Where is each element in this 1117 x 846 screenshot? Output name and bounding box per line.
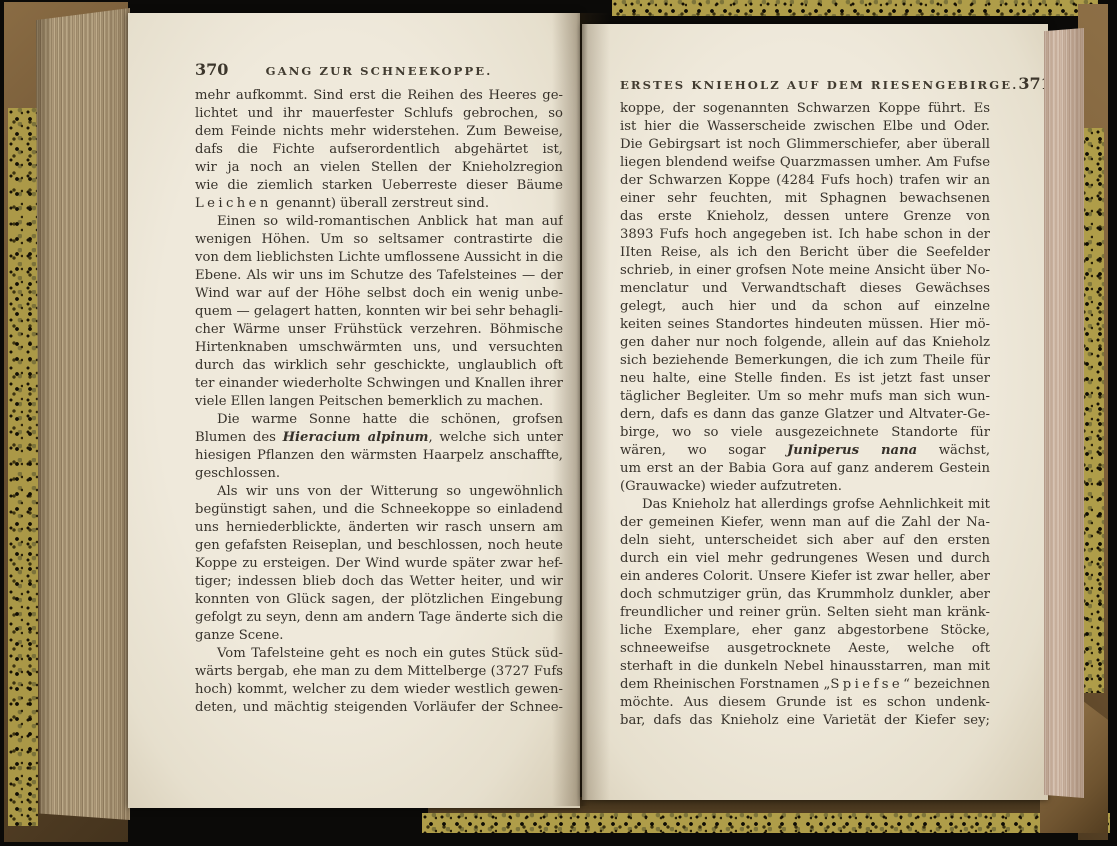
text-line: möchte. Aus diesem Grunde ist es schon u… bbox=[620, 694, 990, 712]
text-segment: begünstigt sahen, und die Schneekoppe so… bbox=[195, 502, 563, 519]
text-line: (Grauwacke) wieder aufzutreten. bbox=[620, 478, 990, 496]
text-segment: von dem lieblichsten Lichte umflossene A… bbox=[195, 250, 563, 265]
right-running-header-title: ERSTES KNIEHOLZ AUF DEM RIESENGEBIRGE. bbox=[620, 78, 1018, 92]
text-segment: hoch) kommt, welcher zu dem wieder westl… bbox=[195, 682, 563, 697]
text-segment: Die warme Sonne hatte die schönen, grofs… bbox=[217, 412, 563, 429]
text-segment: Als wir uns von der Witterung so ungewöh… bbox=[217, 484, 563, 499]
text-segment: wärts bergab, ehe man zu dem Mittelberge… bbox=[195, 664, 563, 679]
text-line: viele Ellen langen Peitschen bemerklich … bbox=[195, 393, 563, 411]
text-segment: um erst an der Babia Gora auf ganz ander… bbox=[620, 461, 990, 476]
text-line: Ebene. Als wir uns im Schutze des Tafels… bbox=[195, 267, 563, 285]
text-line: Die warme Sonne hatte die schönen, grofs… bbox=[195, 411, 563, 429]
text-segment: IIten Reise, als ich den Bericht über di… bbox=[620, 245, 990, 260]
text-line: einer sehr feuchten, mit Sphagnen bewach… bbox=[620, 190, 990, 208]
text-line: liche Exemplare, eher ganz abgestorbene … bbox=[620, 622, 990, 640]
text-line: mehr aufkommt. Sind erst die Reihen des … bbox=[195, 87, 563, 105]
text-segment: liche Exemplare, eher ganz abgestorbene … bbox=[620, 623, 990, 640]
text-line: ist hier die Wasserscheide zwischen Elbe… bbox=[620, 118, 990, 136]
text-segment: wenigen Höhen. Um so seltsamer contrasti… bbox=[195, 232, 563, 249]
text-line: ter einander wiederholte Schwingen und K… bbox=[195, 375, 563, 393]
text-line: neu halte, eine Stelle finden. Es ist je… bbox=[620, 370, 990, 388]
text-segment: viele Ellen langen Peitschen bemerklich … bbox=[195, 394, 543, 409]
text-line: durch das wirklich sehr geschickte, ungl… bbox=[195, 357, 563, 375]
text-segment: der Schwarzen Koppe (4284 Fufs hoch) tra… bbox=[620, 173, 990, 188]
text-segment: lichtet und ihr mauerfester Schlufs gebr… bbox=[195, 106, 563, 123]
text-line: wir ja noch an vielen Stellen der Knieho… bbox=[195, 159, 563, 177]
text-line: Hirtenknaben umschwärmten uns, und versu… bbox=[195, 339, 563, 357]
text-line: täglicher Begleiter. Um so mehr mufs man… bbox=[620, 388, 990, 406]
text-segment: hiesigen Pflanzen den wärmsten Haarpelz … bbox=[195, 448, 563, 465]
text-segment: neu halte, eine Stelle finden. Es ist je… bbox=[620, 371, 990, 386]
text-segment: doch schmutziger grün, das Krummholz dun… bbox=[620, 587, 990, 602]
text-segment: dem Feinde nichts mehr widerstehen. Zum … bbox=[195, 124, 563, 139]
text-segment: mehr aufkommt. Sind erst die Reihen des … bbox=[195, 88, 563, 103]
text-segment: Die Gebirgsart ist noch Glimmerschiefer,… bbox=[620, 137, 990, 152]
text-segment: durch das wirklich sehr geschickte, ungl… bbox=[195, 358, 563, 375]
text-segment: tiger; indessen blieb doch das Wetter he… bbox=[195, 574, 563, 589]
top-cover-edge bbox=[612, 0, 1098, 16]
text-segment: keiten seines Standortes hindeuten müsse… bbox=[620, 317, 990, 332]
text-line: das erste Knieholz, dessen untere Grenze… bbox=[620, 208, 990, 226]
text-line: dem Rheinischen Forstnamen „Spiefse“ bez… bbox=[620, 676, 990, 694]
text-line: gen daher nur noch folgende, allein auf … bbox=[620, 334, 990, 352]
text-segment: dern, dafs es dann das ganze Glatzer und… bbox=[620, 407, 990, 422]
text-segment: der gemeinen Kiefer, wenn man auf die Za… bbox=[620, 515, 990, 530]
text-segment: ter einander wiederholte Schwingen und K… bbox=[195, 376, 563, 391]
text-segment: deten, und mächtig steigenden Vorläufer … bbox=[195, 700, 563, 715]
text-segment: menclatur und Verwandtschaft dieses Gewä… bbox=[620, 281, 990, 298]
text-segment: täglicher Begleiter. Um so mehr mufs man… bbox=[620, 389, 990, 404]
text-segment: dafs die Fichte aufserordentlich abgehär… bbox=[195, 142, 563, 159]
text-line: durch ein viel mehr gedrungenes Wesen un… bbox=[620, 550, 990, 568]
text-segment: wie die ziemlich starken Ueberreste dies… bbox=[195, 178, 563, 195]
text-line: der Schwarzen Koppe (4284 Fufs hoch) tra… bbox=[620, 172, 990, 190]
right-page-stack-edge bbox=[1044, 28, 1084, 798]
text-segment: Vom Tafelsteine geht es noch ein gutes S… bbox=[217, 646, 563, 661]
text-line: Wind war auf der Höhe selbst doch ein we… bbox=[195, 285, 563, 303]
text-segment: koppe, der sogenannten Schwarzen Koppe f… bbox=[620, 101, 990, 116]
text-line: wie die ziemlich starken Ueberreste dies… bbox=[195, 177, 563, 195]
text-segment: 3893 Fufs hoch angegeben ist. Ich habe s… bbox=[620, 227, 990, 242]
text-line: geschlossen. bbox=[195, 465, 563, 483]
text-segment: Koppe zu ersteigen. Der Wind wurde späte… bbox=[195, 556, 563, 571]
text-line: begünstigt sahen, und die Schneekoppe so… bbox=[195, 501, 563, 519]
left-page-text: mehr aufkommt. Sind erst die Reihen des … bbox=[195, 87, 563, 717]
text-segment: schrieb, in einer grofsen Note meine Ans… bbox=[620, 263, 990, 278]
text-segment: (Grauwacke) wieder aufzutreten. bbox=[620, 479, 842, 494]
text-line: keiten seines Standortes hindeuten müsse… bbox=[620, 316, 990, 334]
text-line: konnten von Glück sagen, der plötzlichen… bbox=[195, 591, 563, 609]
text-segment-em: Juniperus nana bbox=[787, 443, 917, 458]
text-segment: ganze Scene. bbox=[195, 628, 283, 643]
text-line: gelegt, auch hier und da schon auf einze… bbox=[620, 298, 990, 316]
left-marbled-paper bbox=[8, 108, 38, 826]
text-segment: bar, dafs das Knieholz eine Varietät der… bbox=[620, 713, 990, 728]
left-page-number: 370 bbox=[195, 60, 239, 79]
text-line: wenigen Höhen. Um so seltsamer contrasti… bbox=[195, 231, 563, 249]
text-line: Leichen genannt) überall zerstreut sind. bbox=[195, 195, 563, 213]
text-segment: “ bezeichnen bbox=[903, 677, 990, 692]
text-line: hiesigen Pflanzen den wärmsten Haarpelz … bbox=[195, 447, 563, 465]
text-segment: quem — gelagert hatten, konnten wir bei … bbox=[195, 304, 563, 319]
text-segment: genannt) überall zerstreut sind. bbox=[272, 196, 489, 211]
text-line: liegen blendend weifse Quarzmassen umher… bbox=[620, 154, 990, 172]
text-segment: gefolgt zu seyn, denn am andern Tage änd… bbox=[195, 610, 563, 625]
right-running-head: ERSTES KNIEHOLZ AUF DEM RIESENGEBIRGE. 3… bbox=[620, 74, 990, 93]
text-line: gefolgt zu seyn, denn am andern Tage änd… bbox=[195, 609, 563, 627]
text-line: gen gefafsten Reiseplan, und beschlossen… bbox=[195, 537, 563, 555]
text-segment: schneeweifse ausgetrocknete Aeste, welch… bbox=[620, 641, 990, 658]
text-segment: möchte. Aus diesem Grunde ist es schon u… bbox=[620, 695, 990, 710]
text-line: der gemeinen Kiefer, wenn man auf die Za… bbox=[620, 514, 990, 532]
text-segment-em: Hieracium alpinum bbox=[283, 430, 429, 445]
text-line: dafs die Fichte aufserordentlich abgehär… bbox=[195, 141, 563, 159]
text-line: sterhaft in die dunkeln Nebel hinausstar… bbox=[620, 658, 990, 676]
text-line: IIten Reise, als ich den Bericht über di… bbox=[620, 244, 990, 262]
text-segment: uns herniederblickte, änderten wir rasch… bbox=[195, 520, 563, 537]
text-segment: wären, wo sogar bbox=[620, 443, 787, 458]
text-line: cher Wärme unser Frühstück verzehren. Bö… bbox=[195, 321, 563, 339]
text-line: birge, wo so viele ausgezeichnete Stando… bbox=[620, 424, 990, 442]
text-segment: einer sehr feuchten, mit Sphagnen bewach… bbox=[620, 191, 990, 208]
text-segment: cher Wärme unser Frühstück verzehren. Bö… bbox=[195, 322, 563, 337]
text-line: Als wir uns von der Witterung so ungewöh… bbox=[195, 483, 563, 501]
book-photo: 370 GANG ZUR SCHNEEKOPPE. mehr aufkommt.… bbox=[0, 0, 1117, 846]
text-segment: ein anderes Colorit. Unsere Kiefer ist z… bbox=[620, 569, 990, 584]
text-line: Die Gebirgsart ist noch Glimmerschiefer,… bbox=[620, 136, 990, 154]
text-line: von dem lieblichsten Lichte umflossene A… bbox=[195, 249, 563, 267]
text-line: wären, wo sogar Juniperus nana wächst, ü… bbox=[620, 442, 990, 460]
left-page: 370 GANG ZUR SCHNEEKOPPE. mehr aufkommt.… bbox=[128, 13, 580, 808]
text-segment: dem Rheinischen Forstnamen „ bbox=[620, 677, 830, 692]
text-segment: liegen blendend weifse Quarzmassen umher… bbox=[620, 155, 990, 170]
text-segment-sp: Leichen bbox=[195, 196, 272, 211]
text-segment: sich beziehende Bemerkungen, die ich zum… bbox=[620, 353, 990, 368]
text-line: 3893 Fufs hoch angegeben ist. Ich habe s… bbox=[620, 226, 990, 244]
text-segment: konnten von Glück sagen, der plötzlichen… bbox=[195, 592, 563, 607]
text-segment: durch ein viel mehr gedrungenes Wesen un… bbox=[620, 551, 990, 566]
text-line: Blumen des Hieracium alpinum, welche sic… bbox=[195, 429, 563, 447]
text-line: deln sieht, unterscheidet sich aber auf … bbox=[620, 532, 990, 550]
text-line: uns herniederblickte, änderten wir rasch… bbox=[195, 519, 563, 537]
text-line: dem Feinde nichts mehr widerstehen. Zum … bbox=[195, 123, 563, 141]
text-line: Vom Tafelsteine geht es noch ein gutes S… bbox=[195, 645, 563, 663]
text-segment: Wind war auf der Höhe selbst doch ein we… bbox=[195, 286, 563, 301]
text-line: ganze Scene. bbox=[195, 627, 563, 645]
text-line: quem — gelagert hatten, konnten wir bei … bbox=[195, 303, 563, 321]
text-line: schrieb, in einer grofsen Note meine Ans… bbox=[620, 262, 990, 280]
text-segment-sp: Spiefse bbox=[830, 677, 903, 692]
text-line: wärts bergab, ehe man zu dem Mittelberge… bbox=[195, 663, 563, 681]
text-line: bar, dafs das Knieholz eine Varietät der… bbox=[620, 712, 990, 730]
text-line: Einen so wild-romantischen Anblick hat m… bbox=[195, 213, 563, 231]
text-line: ein anderes Colorit. Unsere Kiefer ist z… bbox=[620, 568, 990, 586]
text-line: sich beziehende Bemerkungen, die ich zum… bbox=[620, 352, 990, 370]
text-line: tiger; indessen blieb doch das Wetter he… bbox=[195, 573, 563, 591]
text-line: um erst an der Babia Gora auf ganz ander… bbox=[620, 460, 990, 478]
text-segment: Einen so wild-romantischen Anblick hat m… bbox=[217, 214, 563, 229]
left-running-header-title: GANG ZUR SCHNEEKOPPE. bbox=[239, 64, 519, 78]
text-line: menclatur und Verwandtschaft dieses Gewä… bbox=[620, 280, 990, 298]
text-segment: ist hier die Wasserscheide zwischen Elbe… bbox=[620, 119, 990, 134]
text-segment: birge, wo so viele ausgezeichnete Stando… bbox=[620, 425, 990, 442]
text-line: schneeweifse ausgetrocknete Aeste, welch… bbox=[620, 640, 990, 658]
right-page-text: koppe, der sogenannten Schwarzen Koppe f… bbox=[620, 100, 990, 730]
text-segment: gen daher nur noch folgende, allein auf … bbox=[620, 335, 990, 350]
text-line: deten, und mächtig steigenden Vorläufer … bbox=[195, 699, 563, 717]
text-segment: Das Knieholz hat allerdings grofse Aehnl… bbox=[642, 497, 990, 512]
text-segment: sterhaft in die dunkeln Nebel hinausstar… bbox=[620, 659, 990, 674]
text-segment: wir ja noch an vielen Stellen der Knieho… bbox=[195, 160, 563, 177]
text-segment: Blumen des bbox=[195, 430, 283, 445]
text-segment: gen gefafsten Reiseplan, und beschlossen… bbox=[195, 538, 563, 555]
text-line: koppe, der sogenannten Schwarzen Koppe f… bbox=[620, 100, 990, 118]
text-line: dern, dafs es dann das ganze Glatzer und… bbox=[620, 406, 990, 424]
right-page: ERSTES KNIEHOLZ AUF DEM RIESENGEBIRGE. 3… bbox=[582, 24, 1048, 800]
text-line: Das Knieholz hat allerdings grofse Aehnl… bbox=[620, 496, 990, 514]
text-line: hoch) kommt, welcher zu dem wieder westl… bbox=[195, 681, 563, 699]
bottom-marbled-edge bbox=[422, 813, 1110, 833]
text-segment: deln sieht, unterscheidet sich aber auf … bbox=[620, 533, 990, 550]
text-line: freundlicher und reiner grün. Selten sie… bbox=[620, 604, 990, 622]
text-segment: gelegt, auch hier und da schon auf einze… bbox=[620, 299, 990, 316]
text-segment: geschlossen. bbox=[195, 466, 280, 481]
text-segment: Hirtenknaben umschwärmten uns, und versu… bbox=[195, 340, 563, 357]
text-segment: das erste Knieholz, dessen untere Grenze… bbox=[620, 209, 990, 224]
text-line: doch schmutziger grün, das Krummholz dun… bbox=[620, 586, 990, 604]
text-segment: freundlicher und reiner grün. Selten sie… bbox=[620, 605, 990, 620]
text-segment: Ebene. Als wir uns im Schutze des Tafels… bbox=[195, 268, 563, 283]
text-line: Koppe zu ersteigen. Der Wind wurde späte… bbox=[195, 555, 563, 573]
left-running-head: 370 GANG ZUR SCHNEEKOPPE. bbox=[195, 60, 563, 79]
text-line: lichtet und ihr mauerfester Schlufs gebr… bbox=[195, 105, 563, 123]
left-page-stack-edge bbox=[36, 8, 130, 820]
